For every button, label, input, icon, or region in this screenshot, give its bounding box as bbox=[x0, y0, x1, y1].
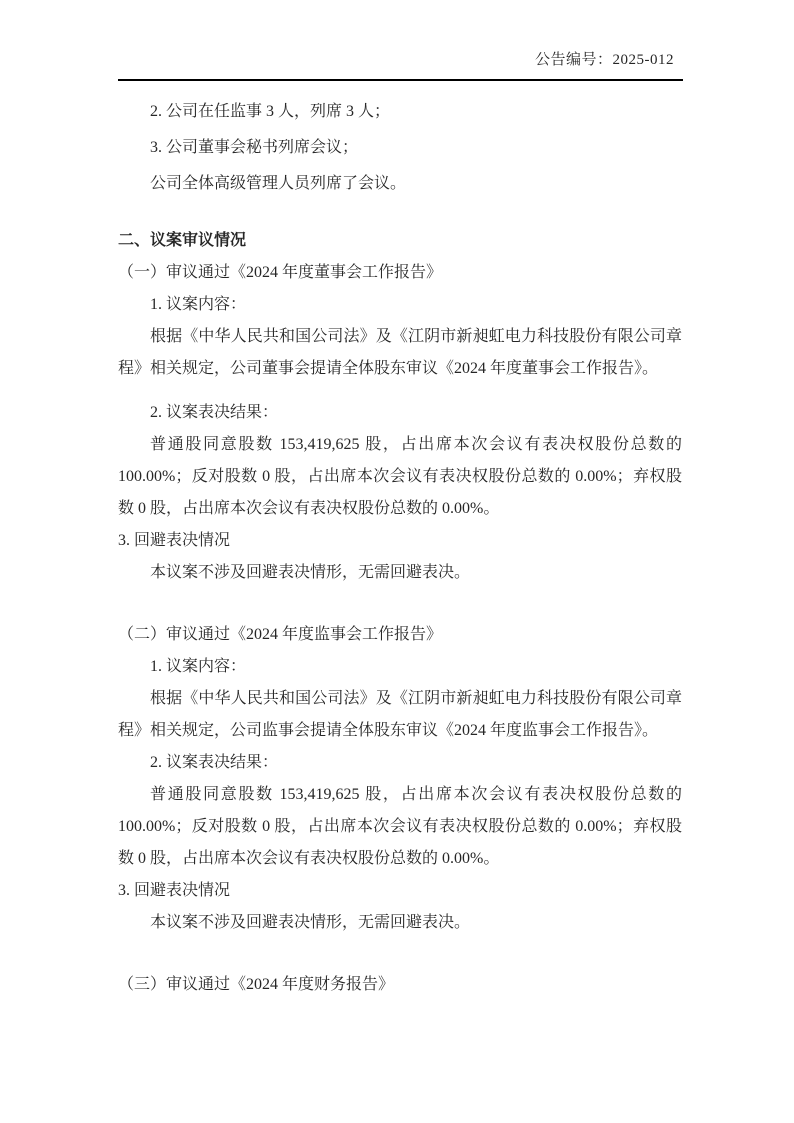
proposal-2-vote-text: 普通股同意股数 153,419,625 股，占出席本次会议有表决权股份总数的 1… bbox=[118, 779, 682, 875]
preamble-line-senior-management: 公司全体高级管理人员列席了会议。 bbox=[118, 168, 682, 200]
proposal-1-content-label: 1. 议案内容： bbox=[118, 289, 682, 321]
proposal-3-title: （三）审议通过《2024 年度财务报告》 bbox=[118, 969, 682, 1001]
proposal-2-content-label: 1. 议案内容： bbox=[118, 651, 682, 683]
document-body: 2. 公司在任监事 3 人，列席 3 人； 3. 公司董事会秘书列席会议； 公司… bbox=[118, 96, 682, 1001]
header-rule bbox=[118, 79, 683, 81]
proposal-1-vote-text: 普通股同意股数 153,419,625 股，占出席本次会议有表决权股份总数的 1… bbox=[118, 429, 682, 525]
proposal-2-title: （二）审议通过《2024 年度监事会工作报告》 bbox=[118, 619, 682, 651]
proposal-2-vote-label: 2. 议案表决结果： bbox=[118, 747, 682, 779]
announcement-document-page: 公告编号：2025-012 2. 公司在任监事 3 人，列席 3 人； 3. 公… bbox=[0, 0, 794, 1123]
preamble-line-supervisors: 2. 公司在任监事 3 人，列席 3 人； bbox=[118, 96, 682, 128]
proposal-2-recusal-text: 本议案不涉及回避表决情形，无需回避表决。 bbox=[118, 907, 682, 939]
proposal-1-title: （一）审议通过《2024 年度董事会工作报告》 bbox=[118, 257, 682, 289]
announcement-number: 公告编号：2025-012 bbox=[535, 52, 674, 68]
proposal-1-recusal-text: 本议案不涉及回避表决情形，无需回避表决。 bbox=[118, 557, 682, 589]
preamble-line-board-secretary: 3. 公司董事会秘书列席会议； bbox=[118, 132, 682, 164]
proposal-1-recusal-label: 3. 回避表决情况 bbox=[118, 525, 682, 557]
proposal-2-content-text: 根据《中华人民共和国公司法》及《江阴市新昶虹电力科技股份有限公司章程》相关规定，… bbox=[118, 683, 682, 747]
proposal-1-vote-label: 2. 议案表决结果： bbox=[118, 397, 682, 429]
proposal-2-recusal-label: 3. 回避表决情况 bbox=[118, 875, 682, 907]
proposal-1-content-text: 根据《中华人民共和国公司法》及《江阴市新昶虹电力科技股份有限公司章程》相关规定，… bbox=[118, 321, 682, 385]
section-heading-proposal-review: 二、议案审议情况 bbox=[118, 225, 682, 257]
document-header: 公告编号：2025-012 bbox=[0, 0, 794, 70]
